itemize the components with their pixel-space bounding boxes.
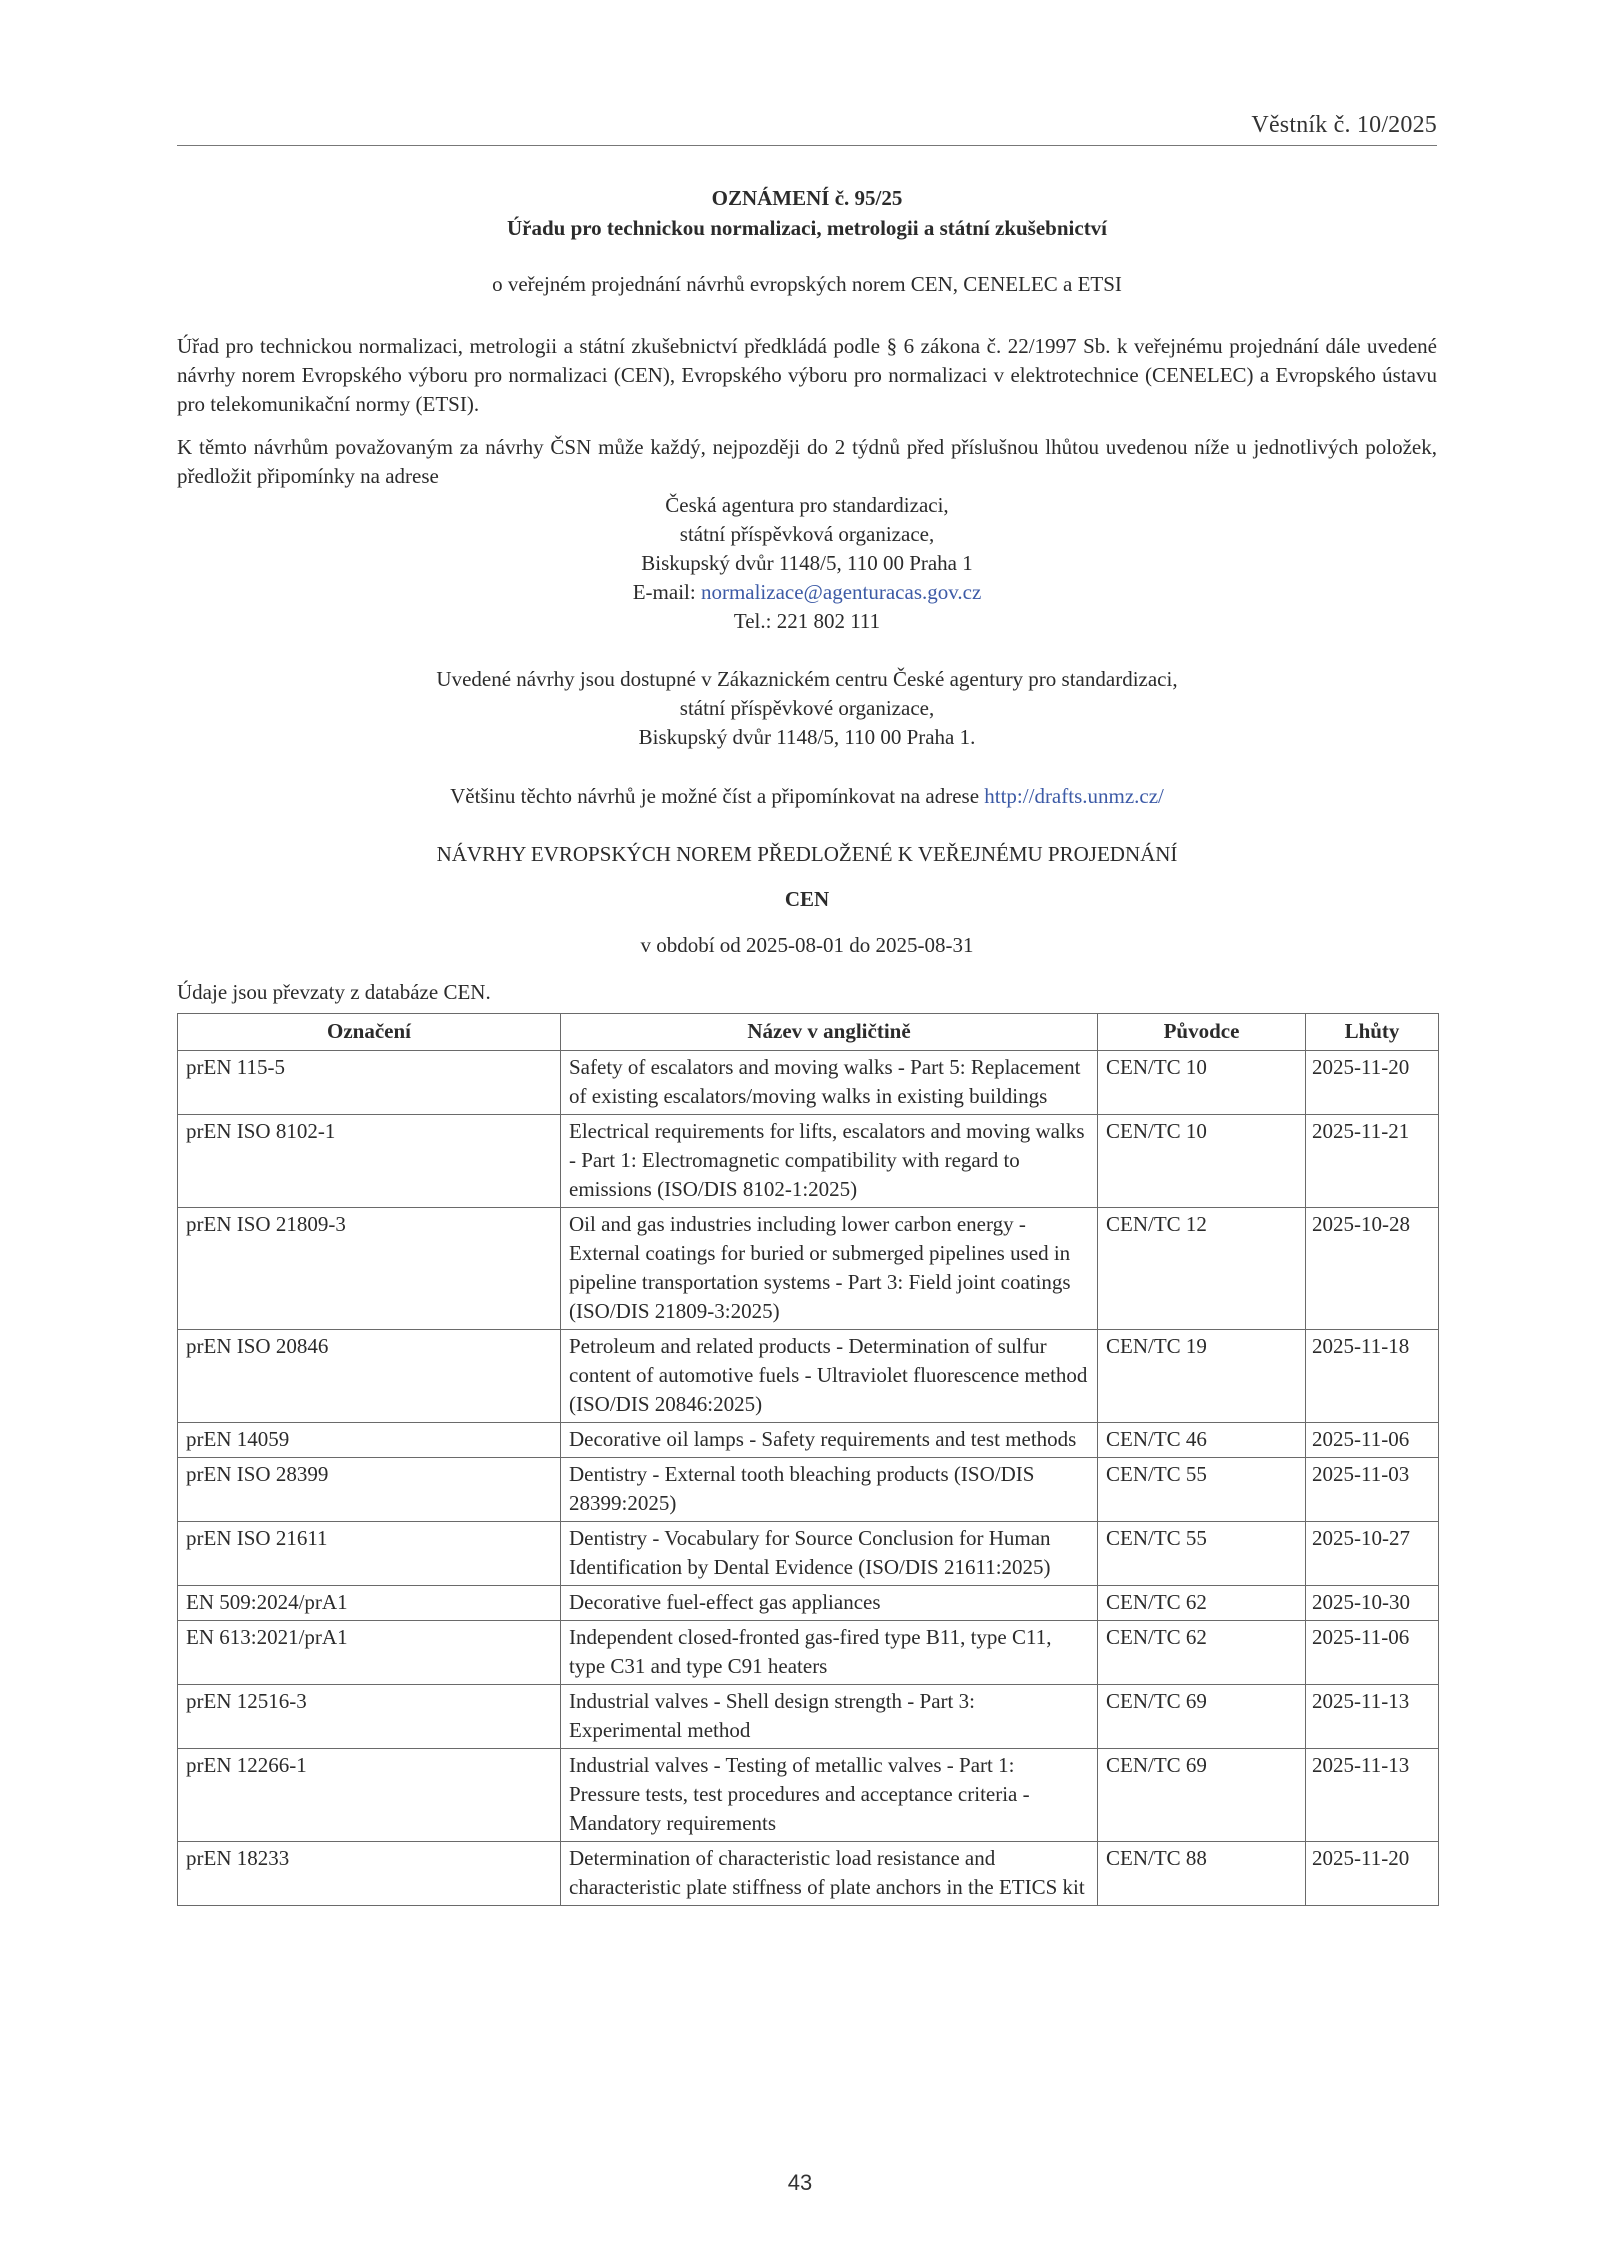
cell-originator: CEN/TC 55 <box>1098 1522 1306 1586</box>
table-row: EN 613:2021/prA1Independent closed-front… <box>178 1621 1439 1685</box>
cell-code: prEN ISO 21809-3 <box>178 1208 561 1330</box>
column-header-deadline: Lhůty <box>1306 1014 1439 1051</box>
cell-title: Decorative fuel-effect gas appliances <box>561 1586 1098 1621</box>
header-rule <box>177 145 1437 146</box>
cell-code: prEN 115-5 <box>178 1051 561 1115</box>
cell-code: prEN 12516-3 <box>178 1685 561 1749</box>
announcement-title: OZNÁMENÍ č. 95/25 <box>177 183 1437 213</box>
cell-title: Industrial valves - Testing of metallic … <box>561 1749 1098 1842</box>
cell-originator: CEN/TC 88 <box>1098 1842 1306 1906</box>
table-row: prEN ISO 8102-1Electrical requirements f… <box>178 1115 1439 1208</box>
table-row: prEN 14059Decorative oil lamps - Safety … <box>178 1423 1439 1458</box>
address-line: Biskupský dvůr 1148/5, 110 00 Praha 1 <box>177 549 1437 578</box>
cell-title: Safety of escalators and moving walks - … <box>561 1051 1098 1115</box>
table-row: prEN 12266-1Industrial valves - Testing … <box>178 1749 1439 1842</box>
running-header: Věstník č. 10/2025 <box>177 112 1437 139</box>
table-header-row: Označení Název v angličtině Původce Lhůt… <box>178 1014 1439 1051</box>
cell-deadline: 2025-10-28 <box>1306 1208 1439 1330</box>
cell-originator: CEN/TC 12 <box>1098 1208 1306 1330</box>
cell-originator: CEN/TC 69 <box>1098 1685 1306 1749</box>
table-row: prEN ISO 21611Dentistry - Vocabulary for… <box>178 1522 1439 1586</box>
source-note: Údaje jsou převzaty z databáze CEN. <box>177 980 491 1005</box>
cell-deadline: 2025-11-18 <box>1306 1330 1439 1423</box>
email-link[interactable]: normalizace@agenturacas.gov.cz <box>701 580 981 604</box>
comments-paragraph: K těmto návrhům považovaným za návrhy ČS… <box>177 433 1437 491</box>
cell-originator: CEN/TC 10 <box>1098 1115 1306 1208</box>
cell-originator: CEN/TC 10 <box>1098 1051 1306 1115</box>
announcement-title-block: OZNÁMENÍ č. 95/25 Úřadu pro technickou n… <box>177 183 1437 243</box>
cell-deadline: 2025-11-21 <box>1306 1115 1439 1208</box>
cell-title: Electrical requirements for lifts, escal… <box>561 1115 1098 1208</box>
table-row: prEN 12516-3Industrial valves - Shell de… <box>178 1685 1439 1749</box>
section-organization: CEN <box>177 887 1437 912</box>
page-number: 43 <box>0 2170 1600 2196</box>
announcement-issuer: Úřadu pro technickou normalizaci, metrol… <box>177 213 1437 243</box>
cell-code: prEN 14059 <box>178 1423 561 1458</box>
cell-code: prEN ISO 8102-1 <box>178 1115 561 1208</box>
cell-code: EN 613:2021/prA1 <box>178 1621 561 1685</box>
cell-code: EN 509:2024/prA1 <box>178 1586 561 1621</box>
cell-originator: CEN/TC 46 <box>1098 1423 1306 1458</box>
email-label: E-mail: <box>633 580 701 604</box>
cell-code: prEN 12266-1 <box>178 1749 561 1842</box>
table-row: EN 509:2024/prA1Decorative fuel-effect g… <box>178 1586 1439 1621</box>
cell-deadline: 2025-10-27 <box>1306 1522 1439 1586</box>
address-line: Česká agentura pro standardizaci, <box>177 491 1437 520</box>
cell-originator: CEN/TC 19 <box>1098 1330 1306 1423</box>
section-period: v období od 2025-08-01 do 2025-08-31 <box>177 933 1437 958</box>
table-row: prEN ISO 21809-3Oil and gas industries i… <box>178 1208 1439 1330</box>
cell-code: prEN ISO 21611 <box>178 1522 561 1586</box>
cell-originator: CEN/TC 62 <box>1098 1621 1306 1685</box>
availability-line: státní příspěvkové organizace, <box>177 694 1437 723</box>
table-row: prEN ISO 28399Dentistry - External tooth… <box>178 1458 1439 1522</box>
address-block: Česká agentura pro standardizaci, státní… <box>177 491 1437 636</box>
cell-title: Independent closed-fronted gas-fired typ… <box>561 1621 1098 1685</box>
cell-deadline: 2025-11-13 <box>1306 1685 1439 1749</box>
drafts-table: Označení Název v angličtině Původce Lhůt… <box>177 1013 1439 1906</box>
intro-paragraph: Úřad pro technickou normalizaci, metrolo… <box>177 332 1437 419</box>
email-line: E-mail: normalizace@agenturacas.gov.cz <box>177 578 1437 607</box>
cell-title: Industrial valves - Shell design strengt… <box>561 1685 1098 1749</box>
cell-title: Dentistry - External tooth bleaching pro… <box>561 1458 1098 1522</box>
availability-line: Uvedené návrhy jsou dostupné v Zákaznick… <box>177 665 1437 694</box>
cell-title: Petroleum and related products - Determi… <box>561 1330 1098 1423</box>
cell-deadline: 2025-11-13 <box>1306 1749 1439 1842</box>
cell-originator: CEN/TC 69 <box>1098 1749 1306 1842</box>
cell-deadline: 2025-11-20 <box>1306 1051 1439 1115</box>
cell-code: prEN 18233 <box>178 1842 561 1906</box>
cell-deadline: 2025-11-06 <box>1306 1621 1439 1685</box>
cell-deadline: 2025-10-30 <box>1306 1586 1439 1621</box>
cell-originator: CEN/TC 62 <box>1098 1586 1306 1621</box>
drafts-link[interactable]: http://drafts.unmz.cz/ <box>984 784 1164 808</box>
phone-line: Tel.: 221 802 111 <box>177 607 1437 636</box>
cell-title: Oil and gas industries including lower c… <box>561 1208 1098 1330</box>
section-title: NÁVRHY EVROPSKÝCH NOREM PŘEDLOŽENÉ K VEŘ… <box>177 842 1437 867</box>
cell-code: prEN ISO 20846 <box>178 1330 561 1423</box>
online-drafts-line: Většinu těchto návrhů je možné číst a př… <box>177 782 1437 811</box>
cell-code: prEN ISO 28399 <box>178 1458 561 1522</box>
column-header-originator: Původce <box>1098 1014 1306 1051</box>
table-row: prEN 18233Determination of characteristi… <box>178 1842 1439 1906</box>
cell-title: Decorative oil lamps - Safety requiremen… <box>561 1423 1098 1458</box>
table-row: prEN ISO 20846Petroleum and related prod… <box>178 1330 1439 1423</box>
cell-deadline: 2025-11-20 <box>1306 1842 1439 1906</box>
cell-deadline: 2025-11-03 <box>1306 1458 1439 1522</box>
address-line: státní příspěvková organizace, <box>177 520 1437 549</box>
availability-line: Biskupský dvůr 1148/5, 110 00 Praha 1. <box>177 723 1437 752</box>
cell-title: Determination of characteristic load res… <box>561 1842 1098 1906</box>
cell-deadline: 2025-11-06 <box>1306 1423 1439 1458</box>
announcement-subtitle: o veřejném projednání návrhů evropských … <box>177 272 1437 297</box>
column-header-code: Označení <box>178 1014 561 1051</box>
cell-originator: CEN/TC 55 <box>1098 1458 1306 1522</box>
cell-title: Dentistry - Vocabulary for Source Conclu… <box>561 1522 1098 1586</box>
column-header-title: Název v angličtině <box>561 1014 1098 1051</box>
table-row: prEN 115-5Safety of escalators and movin… <box>178 1051 1439 1115</box>
online-text: Většinu těchto návrhů je možné číst a př… <box>450 784 984 808</box>
availability-block: Uvedené návrhy jsou dostupné v Zákaznick… <box>177 665 1437 752</box>
